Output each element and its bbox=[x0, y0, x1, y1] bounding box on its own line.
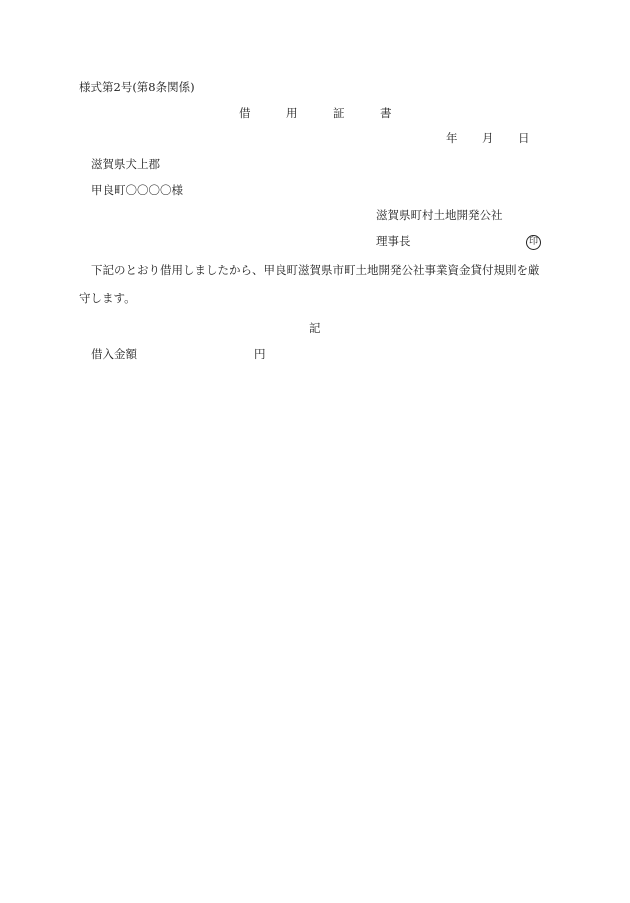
issuer-organization: 滋賀県町村土地開発公社 bbox=[376, 208, 503, 222]
body-line2: 守します。 bbox=[79, 291, 136, 305]
seal-icon: 印 bbox=[526, 235, 541, 250]
addressee-line2: 甲良町〇〇〇〇様 bbox=[91, 183, 183, 197]
body-line1: 下記のとおり借用しましたから、甲良町滋賀県市町土地開発公社事業資金貸付規則を厳 bbox=[91, 263, 540, 277]
title-char: 用 bbox=[286, 106, 333, 120]
title-char: 借 bbox=[239, 106, 286, 120]
note-heading: 記 bbox=[309, 321, 321, 335]
issuer-position: 理事長 bbox=[376, 234, 411, 248]
amount-label: 借入金額 bbox=[91, 347, 137, 361]
form-label: 様式第2号(第8条関係) bbox=[79, 80, 195, 94]
date-year: 年 bbox=[446, 131, 482, 145]
addressee-line1: 滋賀県犬上郡 bbox=[91, 157, 160, 171]
date-day: 日 bbox=[518, 131, 554, 145]
seal-mark: 印 bbox=[526, 233, 541, 250]
document-title: 借用証書 bbox=[239, 106, 427, 120]
amount-unit: 円 bbox=[254, 347, 266, 361]
date-line: 年月日 bbox=[446, 131, 554, 145]
title-char: 証 bbox=[333, 106, 380, 120]
date-month: 月 bbox=[482, 131, 518, 145]
title-char: 書 bbox=[380, 106, 427, 120]
